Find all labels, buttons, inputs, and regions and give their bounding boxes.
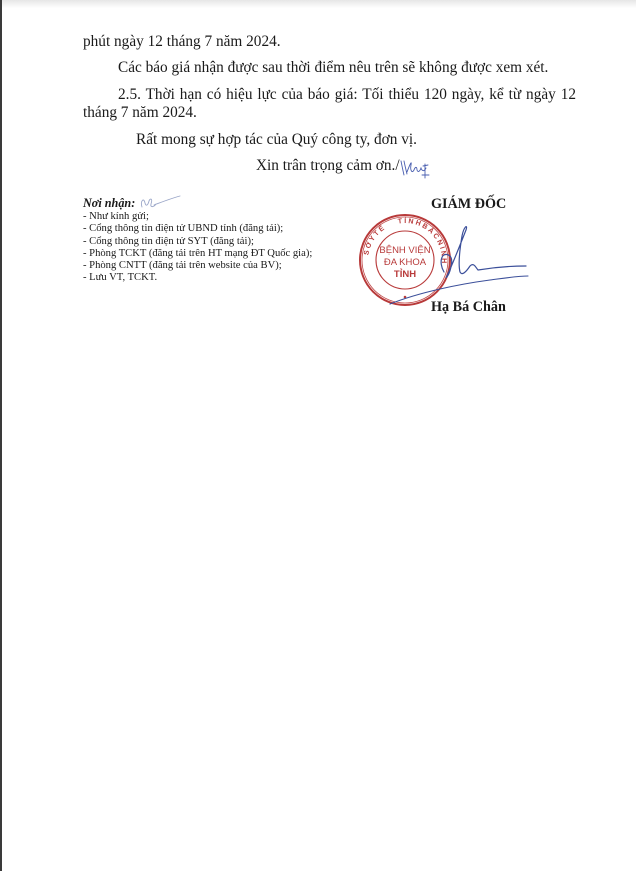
recipients-block: Nơi nhận: - Như kính gửi; - Cổng thông t…	[83, 195, 312, 285]
viewer-left-edge	[0, 0, 2, 871]
signer-name: Hạ Bá Chân	[431, 299, 506, 316]
recipient-item: - Như kính gửi;	[83, 211, 312, 223]
paragraph-line-deadline-end: phút ngày 12 tháng 7 năm 2024.	[83, 33, 281, 51]
paragraph-validity-line1: 2.5. Thời hạn có hiệu lực của báo giá: T…	[118, 86, 576, 104]
recipient-item: - Cổng thông tin điện tử SYT (đăng tải);	[83, 236, 312, 248]
initial-signature-icon	[398, 156, 434, 182]
paragraph-thanks: Xin trân trọng cảm ơn./	[256, 157, 400, 175]
recipient-item: - Phòng CNTT (đăng tải trên website của …	[83, 260, 312, 272]
paragraph-late-quotes: Các báo giá nhận được sau thời điểm nêu …	[118, 59, 548, 77]
paragraph-validity-line2: tháng 7 năm 2024.	[83, 104, 197, 122]
recipient-item: - Phòng TCKT (đăng tải trên HT mạng ĐT Q…	[83, 248, 312, 260]
signer-position: GIÁM ĐỐC	[431, 196, 506, 213]
recipients-initial-icon	[138, 195, 182, 211]
director-signature-icon	[380, 222, 530, 307]
recipient-item: - Cổng thông tin điện tử UBND tỉnh (đăng…	[83, 223, 312, 235]
recipient-item: - Lưu VT, TCKT.	[83, 272, 312, 284]
recipients-title: Nơi nhận:	[83, 196, 135, 210]
paragraph-cooperation: Rất mong sự hợp tác của Quý công ty, đơn…	[136, 131, 417, 149]
page-top-shadow	[0, 0, 636, 8]
